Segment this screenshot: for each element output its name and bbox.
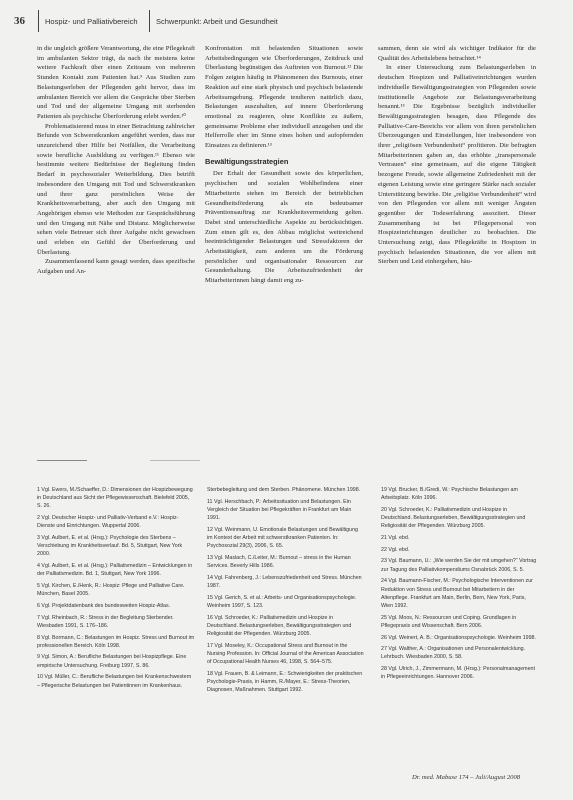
footnotes-column-1: 1 Vgl. Ewers, M./Schaeffer, D.: Dimensio… [37,486,195,693]
footnote: 16 Vgl. Schroeder, K.: Palliativmedizin … [207,614,365,639]
footnote: 10 Vgl. Müller, C.: Berufliche Belastung… [37,673,195,689]
footnote: 12 Vgl. Weinmann, U. Emotionale Belastun… [207,526,365,551]
footnote-divider [150,460,200,461]
footnote: 9 Vgl. Simon, A.: Berufliche Belastungen… [37,653,195,669]
footnote: 5 Vgl. Kirchen, E./Henk, R.: Hospiz: Pfl… [37,582,195,598]
body-column-2: Konfrontation mit belastenden Situatione… [205,44,363,286]
footnote: 11 Vgl. Herschbach, P.: Arbeitssituation… [207,498,365,523]
body-column-1: in die ungleich größere Verantwortung, d… [37,44,195,277]
paragraph: Der Erhalt der Gesundheit sowie des körp… [205,169,363,285]
paragraph: In einer Untersuchung zum Belastungserle… [378,63,536,267]
footnote: 15 Vgl. Gerich, S. et al.: Arbeits- und … [207,594,365,610]
header-section: Hospiz- und Palliativbereich [45,17,143,26]
footnote: 1 Vgl. Ewers, M./Schaeffer, D.: Dimensio… [37,486,195,511]
footnote: 2 Vgl. Deutscher Hospiz- und Palliativ-V… [37,514,195,530]
footnote: 19 Vgl. Brucker, B./Gredi, W.: Psychisch… [381,486,539,502]
footnote: 17 Vgl. Moseley, K.: Occupational Stress… [207,642,365,667]
header-topic: Schwerpunkt: Arbeit und Gesundheit [156,17,278,26]
footnote: 28 Vgl. Ulrich, J., Zimmermann, M. (Hrsg… [381,665,539,681]
paragraph: Problematisierend muss in einer Betracht… [37,122,195,258]
paragraph: Zusammenfassend kann gesagt werden, dass… [37,257,195,276]
footnote-divider [37,460,87,461]
footnotes-column-2: Sterbebegleitung und dem Sterben. Phänom… [207,486,365,698]
footnote: 8 Vgl. Bormann, C.: Belastungen im Hospi… [37,634,195,650]
footnote: 24 Vgl. Baumann-Fischer, M.: Psychologis… [381,577,539,610]
footnote: Sterbebegleitung und dem Sterben. Phänom… [207,486,365,494]
footnote: 18 Vgl. Frauen, B. & Leimann, E.: Schwie… [207,670,365,695]
paragraph: Konfrontation mit belastenden Situatione… [205,44,363,151]
footnote: 27 Vgl. Walther, A.: Organisationen und … [381,645,539,661]
body-column-3: sammen, denn sie wird als wichtiger Indi… [378,44,536,267]
page-number: 36 [14,15,32,27]
footnotes-column-3: 19 Vgl. Brucker, B./Gredi, W.: Psychisch… [381,486,539,685]
footnote: 22 Vgl. ebd. [381,546,539,554]
footnote: 20 Vgl. Schroeder, K.: Palliativmedizin … [381,506,539,531]
footnote: 6 Vgl. Projektdatenbank des bundesweiten… [37,602,195,610]
footnote: 4 Vgl. Aulbert, E. et al. (Hrsg.): Palli… [37,562,195,578]
footnote: 14 Vgl. Fahrenberg, J.: Lebenszufriedenh… [207,574,365,590]
paragraph: sammen, denn sie wird als wichtiger Indi… [378,44,536,63]
footnote: 13 Vgl. Maslach, C./Leiter, M.: Burnout … [207,554,365,570]
journal-footer: Dr. med. Mabuse 174 – Juli/August 2008 [412,774,520,781]
header-divider [38,10,39,32]
header-divider [149,10,150,32]
footnote: 21 Vgl. ebd. [381,534,539,542]
footnote: 7 Vgl. Rheinbach, R.: Stress in der Begl… [37,614,195,630]
footnote: 3 Vgl. Aulbert, E. et al. (Hrsg.): Psych… [37,534,195,559]
running-header: 36 Hospiz- und Palliativbereich Schwerpu… [14,10,278,32]
footnote: 25 Vgl. Moos, N.: Ressourcen und Coping.… [381,614,539,630]
footnote: 23 Vgl. Baumann, U.: „Wie werden Sie der… [381,557,539,573]
document-page: 36 Hospiz- und Palliativbereich Schwerpu… [0,0,573,800]
section-heading: Bewältigungsstrategien [205,157,363,167]
footnote: 26 Vgl. Weinert, A. B.: Organisationspsy… [381,634,539,642]
paragraph: in die ungleich größere Verantwortung, d… [37,44,195,122]
